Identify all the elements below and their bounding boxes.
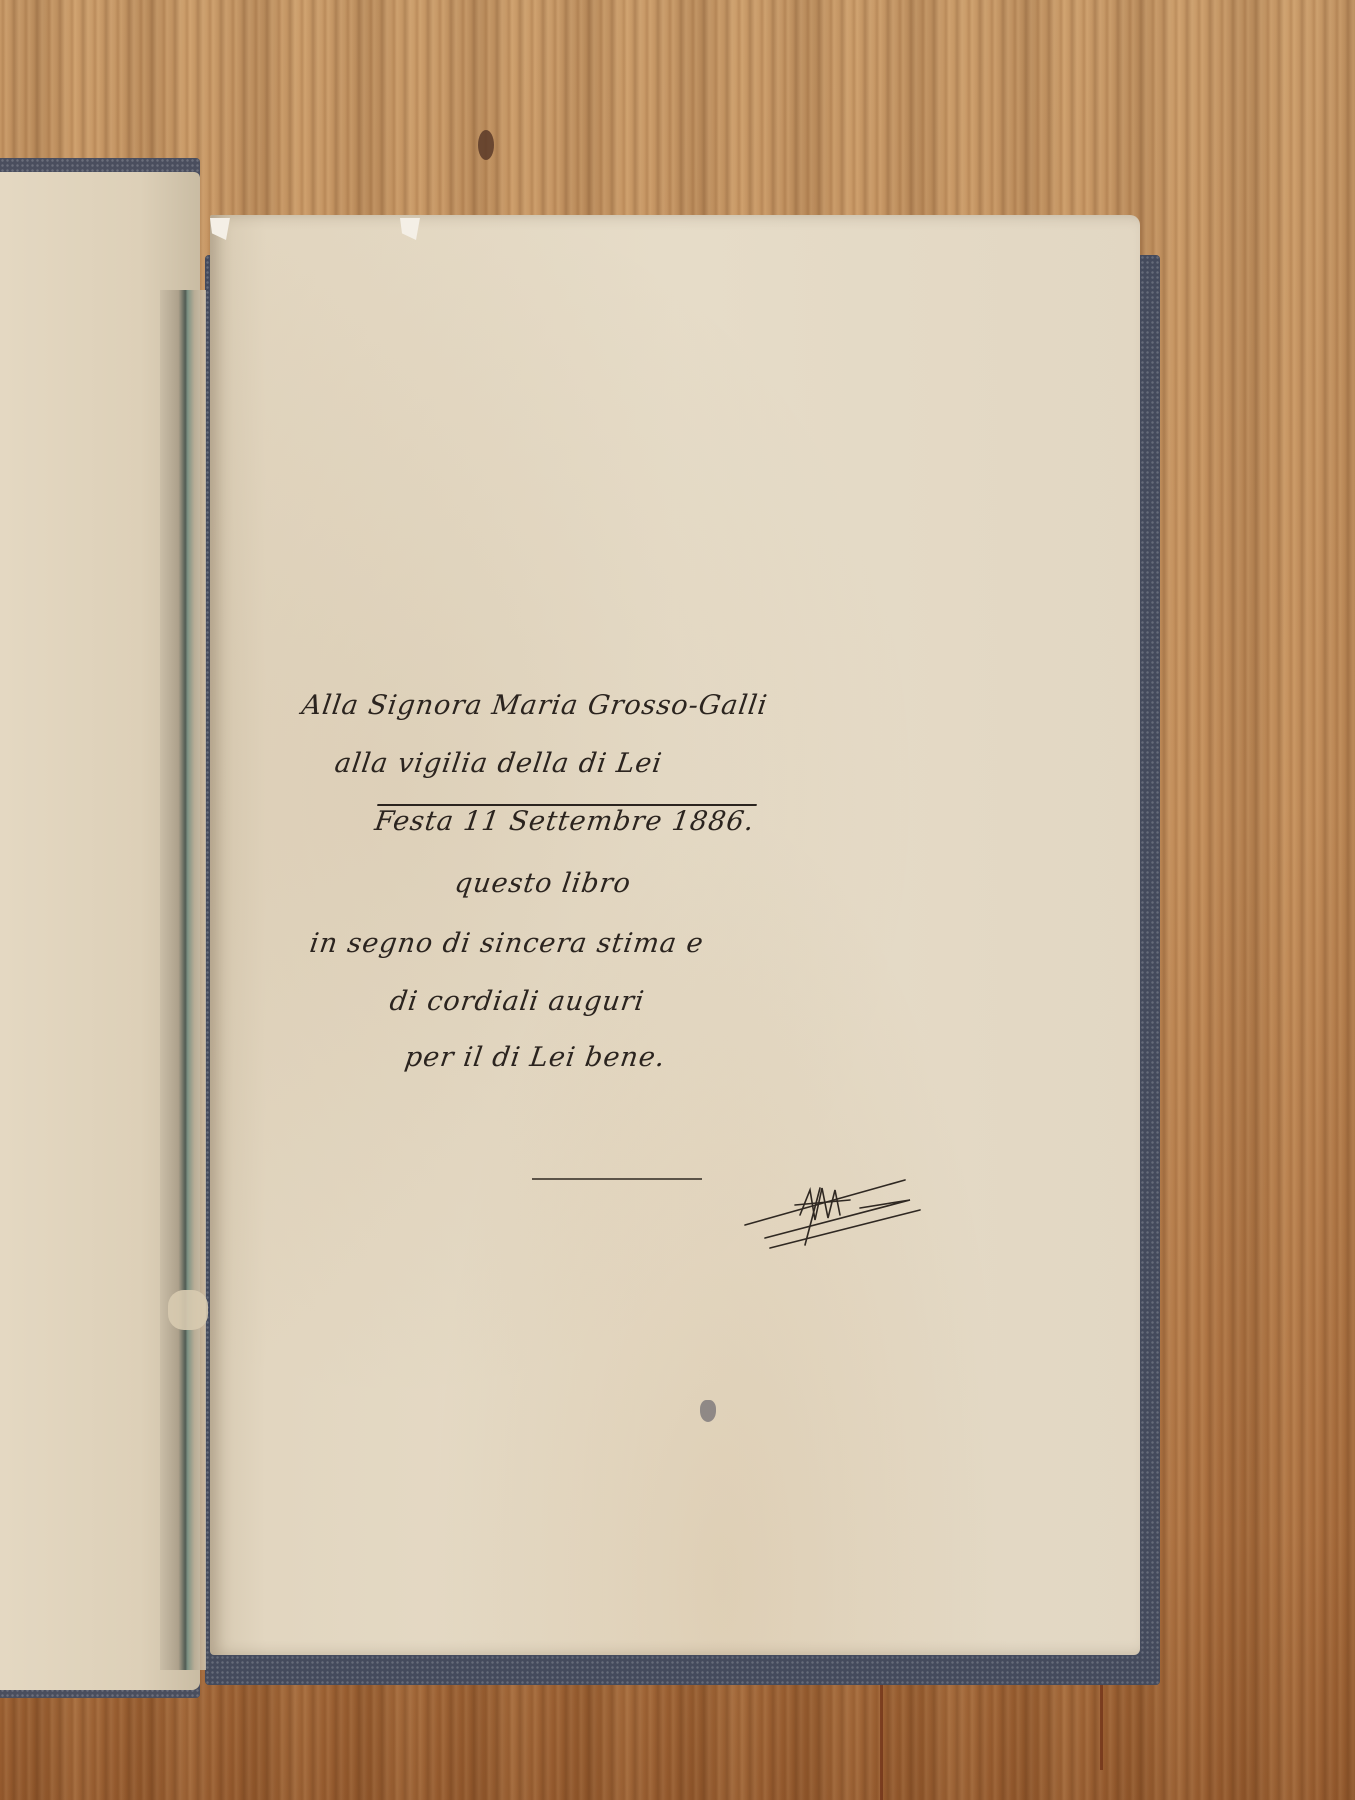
inscription-line: di cordiali auguri — [388, 986, 647, 1017]
inscription-line: alla vigilia della di Lei — [333, 748, 664, 779]
inscription-line: per il di Lei bene. — [403, 1042, 668, 1073]
inscription-line: Alla Signora Maria Grosso-Galli — [300, 690, 770, 721]
ink-stain — [700, 1400, 716, 1422]
signature-monogram-icon — [740, 1160, 930, 1250]
inscription-date-line: Festa 11 Settembre 1886. — [373, 806, 757, 837]
binding-thread — [168, 1290, 208, 1330]
book-spine — [160, 290, 206, 1670]
wood-knot — [478, 130, 494, 160]
separator-rule — [532, 1178, 702, 1180]
wood-crack — [880, 1680, 883, 1800]
inscription-line: in segno di sincera stima e — [308, 928, 706, 959]
inscription-line: questo libro — [453, 868, 633, 899]
wood-crack — [1100, 1680, 1103, 1770]
